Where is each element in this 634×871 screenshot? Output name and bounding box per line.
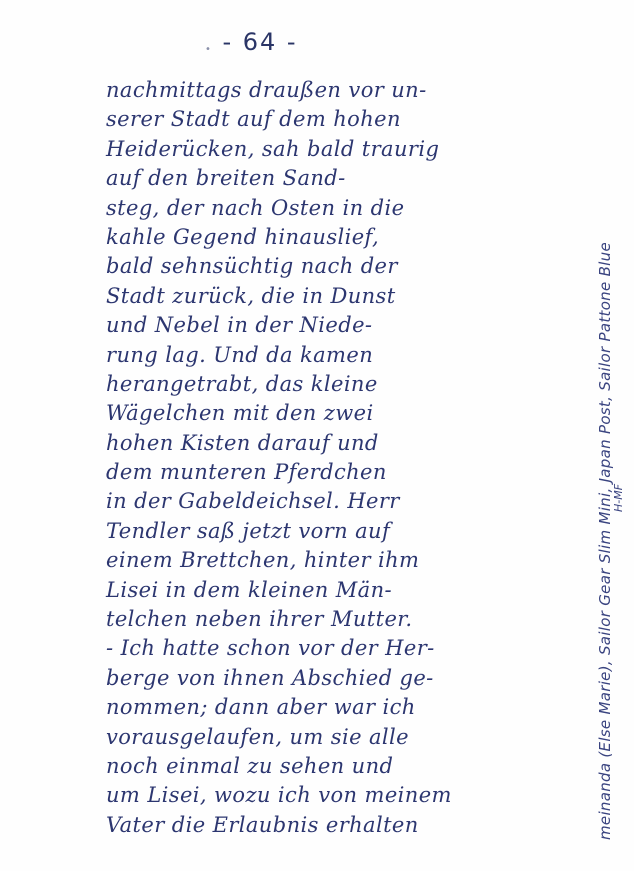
manuscript-line: einem Brettchen, hinter ihm [106,546,566,575]
manuscript-page: • - 64 - nachmittags draußen vor un-sere… [0,0,634,871]
margin-annotation-sub: H-MF [612,484,625,512]
manuscript-line: auf den breiten Sand- [106,164,566,193]
handwritten-text-block: nachmittags draußen vor un-serer Stadt a… [106,76,566,840]
page-number: • - 64 - [0,28,520,56]
manuscript-line: nommen; dann aber war ich [106,693,566,722]
manuscript-line: kahle Gegend hinauslief, [106,223,566,252]
manuscript-line: Vater die Erlaubnis erhalten [106,811,566,840]
manuscript-line: berge von ihnen Abschied ge- [106,664,566,693]
page-number-text: - 64 - [222,28,297,56]
manuscript-line: Tendler saß jetzt vorn auf [106,517,566,546]
manuscript-line: vorausgelaufen, um sie alle [106,723,566,752]
manuscript-line: herangetrabt, das kleine [106,370,566,399]
manuscript-line: Lisei in dem kleinen Män- [106,576,566,605]
manuscript-line: - Ich hatte schon vor der Her- [106,634,566,663]
manuscript-line: in der Gabeldeichsel. Herr [106,487,566,516]
manuscript-line: bald sehnsüchtig nach der [106,252,566,281]
manuscript-line: dem munteren Pferdchen [106,458,566,487]
manuscript-line: hohen Kisten darauf und [106,429,566,458]
manuscript-line: um Lisei, wozu ich von meinem [106,781,566,810]
manuscript-line: telchen neben ihrer Mutter. [106,605,566,634]
manuscript-line: rung lag. Und da kamen [106,341,566,370]
manuscript-line: und Nebel in der Niede- [106,311,566,340]
manuscript-line: serer Stadt auf dem hohen [106,105,566,134]
manuscript-line: Stadt zurück, die in Dunst [106,282,566,311]
manuscript-line: Heiderücken, sah bald traurig [106,135,566,164]
manuscript-line: Wägelchen mit den zwei [106,399,566,428]
manuscript-line: steg, der nach Osten in die [106,194,566,223]
manuscript-line: noch einmal zu sehen und [106,752,566,781]
margin-annotation: meinanda (Else Marie), Sailor Gear Slim … [596,242,614,840]
manuscript-line: nachmittags draußen vor un- [106,76,566,105]
ink-speck: • [205,44,213,55]
